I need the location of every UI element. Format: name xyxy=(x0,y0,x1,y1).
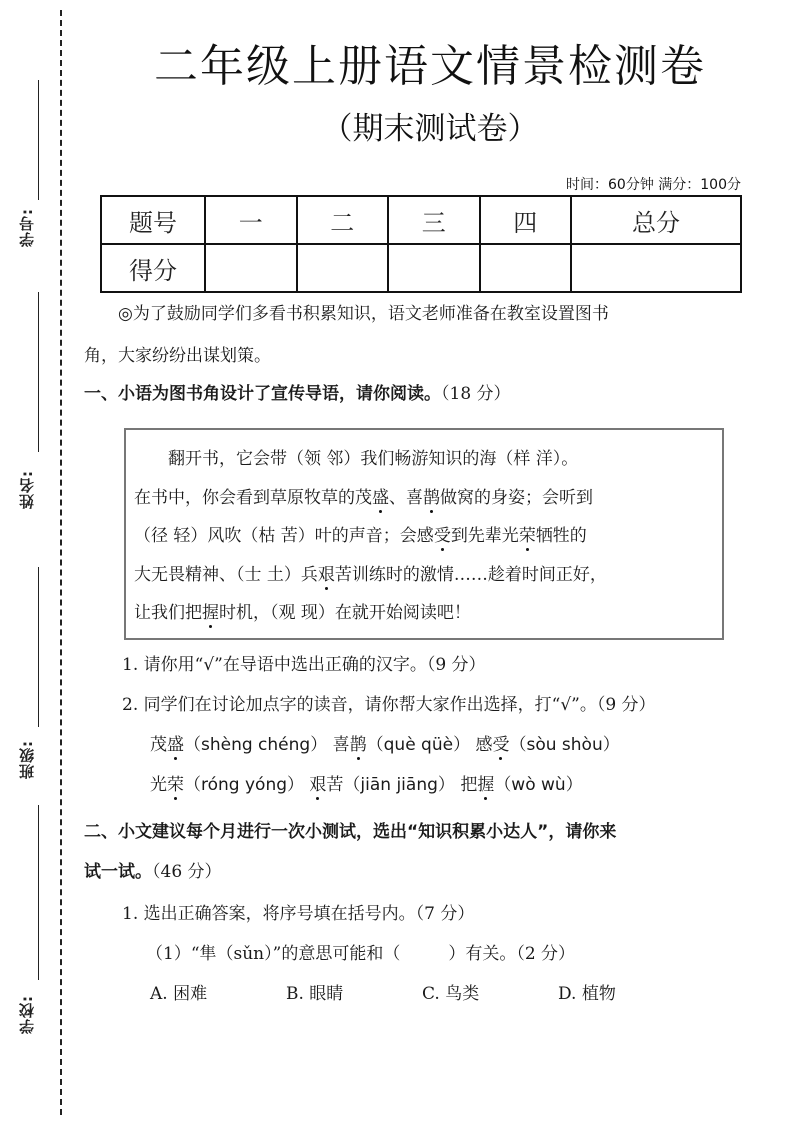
student-id-line[interactable] xyxy=(38,80,39,200)
score-cell[interactable] xyxy=(205,244,297,292)
pinyin-options: （què qüè） xyxy=(367,735,470,755)
subquestion-text: ）有关。（2 分） xyxy=(448,944,575,964)
score-header-cell: 题号 xyxy=(101,196,205,244)
score-header-cell: 总分 xyxy=(571,196,741,244)
name-line[interactable] xyxy=(38,292,39,452)
word: 苦 xyxy=(326,775,343,795)
dotted-char: 握 xyxy=(477,775,494,795)
intro-line-1: ◎为了鼓励同学们多看书积累知识，语文老师准备在教室设置图书 xyxy=(84,293,750,335)
section-2-question-1: 1. 选出正确答案，将序号填在括号内。（7 分） xyxy=(122,895,474,933)
word: 感 xyxy=(475,735,492,755)
passage-line-1: 翻开书，它会带（领 邻）我们畅游知识的海（样 洋）。 xyxy=(134,440,714,479)
student-id-label: 学号: xyxy=(16,208,40,247)
section-1-question-1: 1. 请你用“√”在导语中选出正确的汉字。（9 分） xyxy=(122,646,486,684)
section-1-heading-text: 一、小语为图书角设计了宣传导语，请你阅读。 xyxy=(84,384,441,404)
score-table-score-row: 得分 xyxy=(101,244,741,292)
option-d[interactable]: D. 植物 xyxy=(558,975,694,1013)
score-row-label: 得分 xyxy=(101,244,205,292)
score-header-cell: 二 xyxy=(297,196,389,244)
answer-options: A. 困难B. 眼睛C. 鸟类D. 植物 xyxy=(150,975,694,1013)
word: 把 xyxy=(460,775,477,795)
score-cell[interactable] xyxy=(571,244,741,292)
section-1-points: （18 分） xyxy=(441,384,511,404)
pinyin-options: （jiān jiāng） xyxy=(343,775,454,795)
class-label: 班级: xyxy=(16,740,40,779)
dotted-char: 受 xyxy=(434,526,451,546)
dotted-char: 荣 xyxy=(167,775,184,795)
pinyin-row-2: 光荣（róng yóng） 艰苦（jiān jiāng） 把握（wò wù） xyxy=(150,766,583,804)
passage-text: 牺牲的 xyxy=(536,526,587,546)
passage-line-4: 大无畏精神、（士 土）兵艰苦训练时的激情……趁着时间正好， xyxy=(134,556,714,595)
passage-text: （径 轻）风吹（枯 苦）叶的声音；会感 xyxy=(134,526,434,546)
dotted-char: 握 xyxy=(202,603,219,623)
exam-meta: 时间：60分钟 满分：100分 xyxy=(566,174,741,194)
section-2-points: （46 分） xyxy=(152,862,222,882)
dotted-char: 艰 xyxy=(309,775,326,795)
passage-text: 、喜 xyxy=(389,488,423,508)
section-2-heading-text: 试一试。 xyxy=(84,862,152,882)
pinyin-item[interactable]: 艰苦（jiān jiāng） xyxy=(309,775,454,795)
pinyin-item[interactable]: 感受（sòu shòu） xyxy=(475,735,619,755)
pinyin-options: （wò wù） xyxy=(494,775,582,795)
pinyin-options: （sòu shòu） xyxy=(509,735,619,755)
school-line[interactable] xyxy=(38,805,39,980)
intro-line-2: 角，大家纷纷出谋划策。 xyxy=(84,335,750,377)
section-1-question-2: 2. 同学们在讨论加点字的读音，请你帮大家作出选择，打“√”。（9 分） xyxy=(122,686,656,724)
score-table: 题号 一 二 三 四 总分 得分 xyxy=(100,195,742,293)
passage-text: 大无畏精神、（士 土）兵 xyxy=(134,565,318,585)
binding-dashed-line xyxy=(60,10,62,1115)
section-1-heading: 一、小语为图书角设计了宣传导语，请你阅读。（18 分） xyxy=(84,374,750,414)
score-cell[interactable] xyxy=(388,244,480,292)
passage-text: 做窝的身姿；会听到 xyxy=(440,488,593,508)
pinyin-options: （shèng chéng） xyxy=(184,735,327,755)
section-2-subquestion-1: （1）“隼（sǔn）”的意思可能和（）有关。（2 分） xyxy=(146,935,575,973)
dotted-char: 盛 xyxy=(372,488,389,508)
school-label: 学校: xyxy=(16,995,40,1034)
dotted-char: 艰 xyxy=(318,565,335,585)
class-line[interactable] xyxy=(38,567,39,727)
passage-line-2: 在书中，你会看到草原牧草的茂盛、喜鹊做窝的身姿；会听到 xyxy=(134,479,714,518)
name-label: 姓名: xyxy=(16,470,40,509)
page-subtitle: （期末测试卷） xyxy=(100,103,760,148)
option-b[interactable]: B. 眼睛 xyxy=(286,975,422,1013)
passage-text: 让我们把 xyxy=(134,603,202,623)
score-header-cell: 三 xyxy=(388,196,480,244)
subquestion-text: （1）“隼（sǔn）”的意思可能和（ xyxy=(146,944,400,964)
dotted-char: 盛 xyxy=(167,735,184,755)
score-table-header-row: 题号 一 二 三 四 总分 xyxy=(101,196,741,244)
word: 光 xyxy=(150,775,167,795)
pinyin-item[interactable]: 茂盛（shèng chéng） xyxy=(150,735,327,755)
word: 茂 xyxy=(150,735,167,755)
passage-line-3: （径 轻）风吹（枯 苦）叶的声音；会感受到先辈光荣牺牲的 xyxy=(134,517,714,556)
dotted-char: 鹊 xyxy=(350,735,367,755)
option-c[interactable]: C. 鸟类 xyxy=(422,975,558,1013)
passage-text: 在书中，你会看到草原牧草的茂 xyxy=(134,488,372,508)
passage-text: 到先辈光 xyxy=(451,526,519,546)
dotted-char: 受 xyxy=(492,735,509,755)
option-a[interactable]: A. 困难 xyxy=(150,975,286,1013)
dotted-char: 荣 xyxy=(519,526,536,546)
pinyin-row-1: 茂盛（shèng chéng） 喜鹊（què qüè） 感受（sòu shòu） xyxy=(150,726,620,764)
section-2-heading-line-1: 二、小文建议每个月进行一次小测试，选出“知识积累小达人”，请你来 xyxy=(84,812,750,852)
pinyin-item[interactable]: 光荣（róng yóng） xyxy=(150,775,304,795)
passage-line-5: 让我们把握时机，（观 现）在就开始阅读吧！ xyxy=(134,594,714,633)
pinyin-item[interactable]: 把握（wò wù） xyxy=(460,775,582,795)
pinyin-item[interactable]: 喜鹊（què qüè） xyxy=(333,735,470,755)
score-cell[interactable] xyxy=(297,244,389,292)
reading-passage-box: 翻开书，它会带（领 邻）我们畅游知识的海（样 洋）。 在书中，你会看到草原牧草的… xyxy=(124,428,724,640)
pinyin-options: （róng yóng） xyxy=(184,775,304,795)
page-title: 二年级上册语文情景检测卷 xyxy=(100,30,760,94)
passage-text: 苦训练时的激情……趁着时间正好， xyxy=(335,565,607,585)
word: 喜 xyxy=(333,735,350,755)
score-cell[interactable] xyxy=(480,244,572,292)
section-2-heading-line-2: 试一试。（46 分） xyxy=(84,852,750,892)
passage-text: 时机，（观 现）在就开始阅读吧！ xyxy=(219,603,471,623)
dotted-char: 鹊 xyxy=(423,488,440,508)
score-header-cell: 一 xyxy=(205,196,297,244)
score-header-cell: 四 xyxy=(480,196,572,244)
